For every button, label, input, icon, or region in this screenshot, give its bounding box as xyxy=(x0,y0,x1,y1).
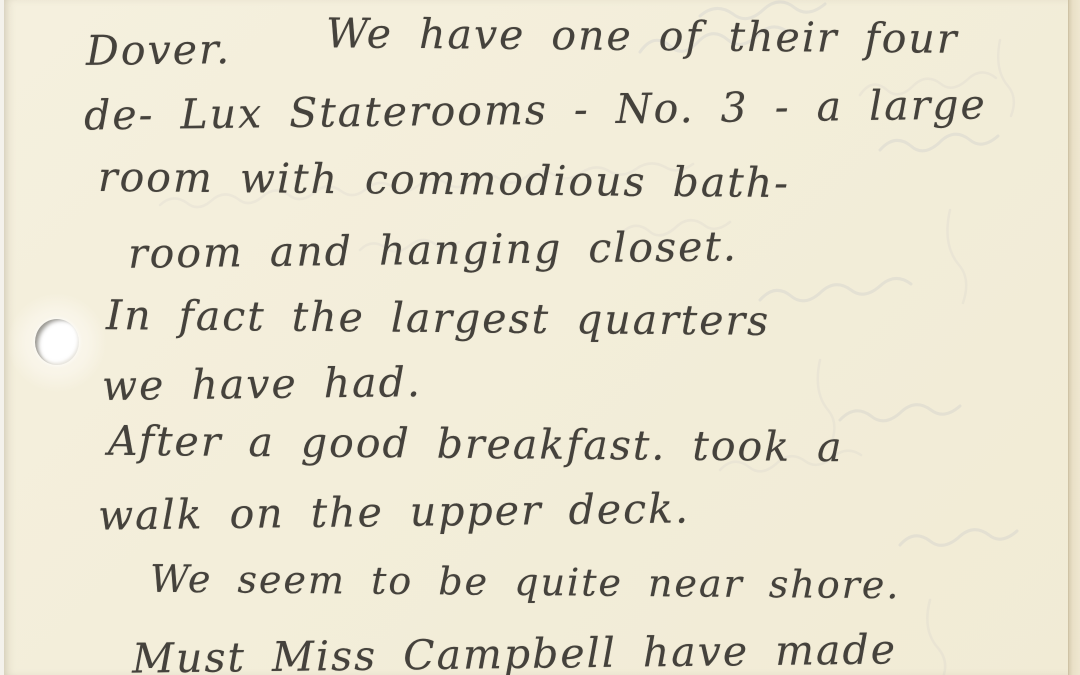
handwritten-line: walk on the upper deck. xyxy=(98,484,691,539)
handwritten-line: After a good breakfast. took a xyxy=(108,417,844,471)
handwritten-line: we have had. xyxy=(102,358,422,410)
scanned-diary-page: Dover. We have one of their four de- Lux… xyxy=(0,0,1080,675)
handwritten-line: We have one of their four xyxy=(326,9,959,63)
handwritten-line: room with commodious bath- xyxy=(98,153,790,207)
handwritten-line: Must Miss Campbell have made xyxy=(132,625,898,675)
punch-hole xyxy=(35,319,79,365)
handwritten-line: In fact the largest quarters xyxy=(106,291,771,345)
handwritten-line: room and hanging closet. xyxy=(128,222,738,277)
page-cut-edge xyxy=(1068,0,1080,675)
handwritten-line: Dover. xyxy=(86,25,232,75)
scanner-background-edge xyxy=(0,0,4,675)
handwritten-line: We seem to be quite near shore. xyxy=(150,557,901,608)
